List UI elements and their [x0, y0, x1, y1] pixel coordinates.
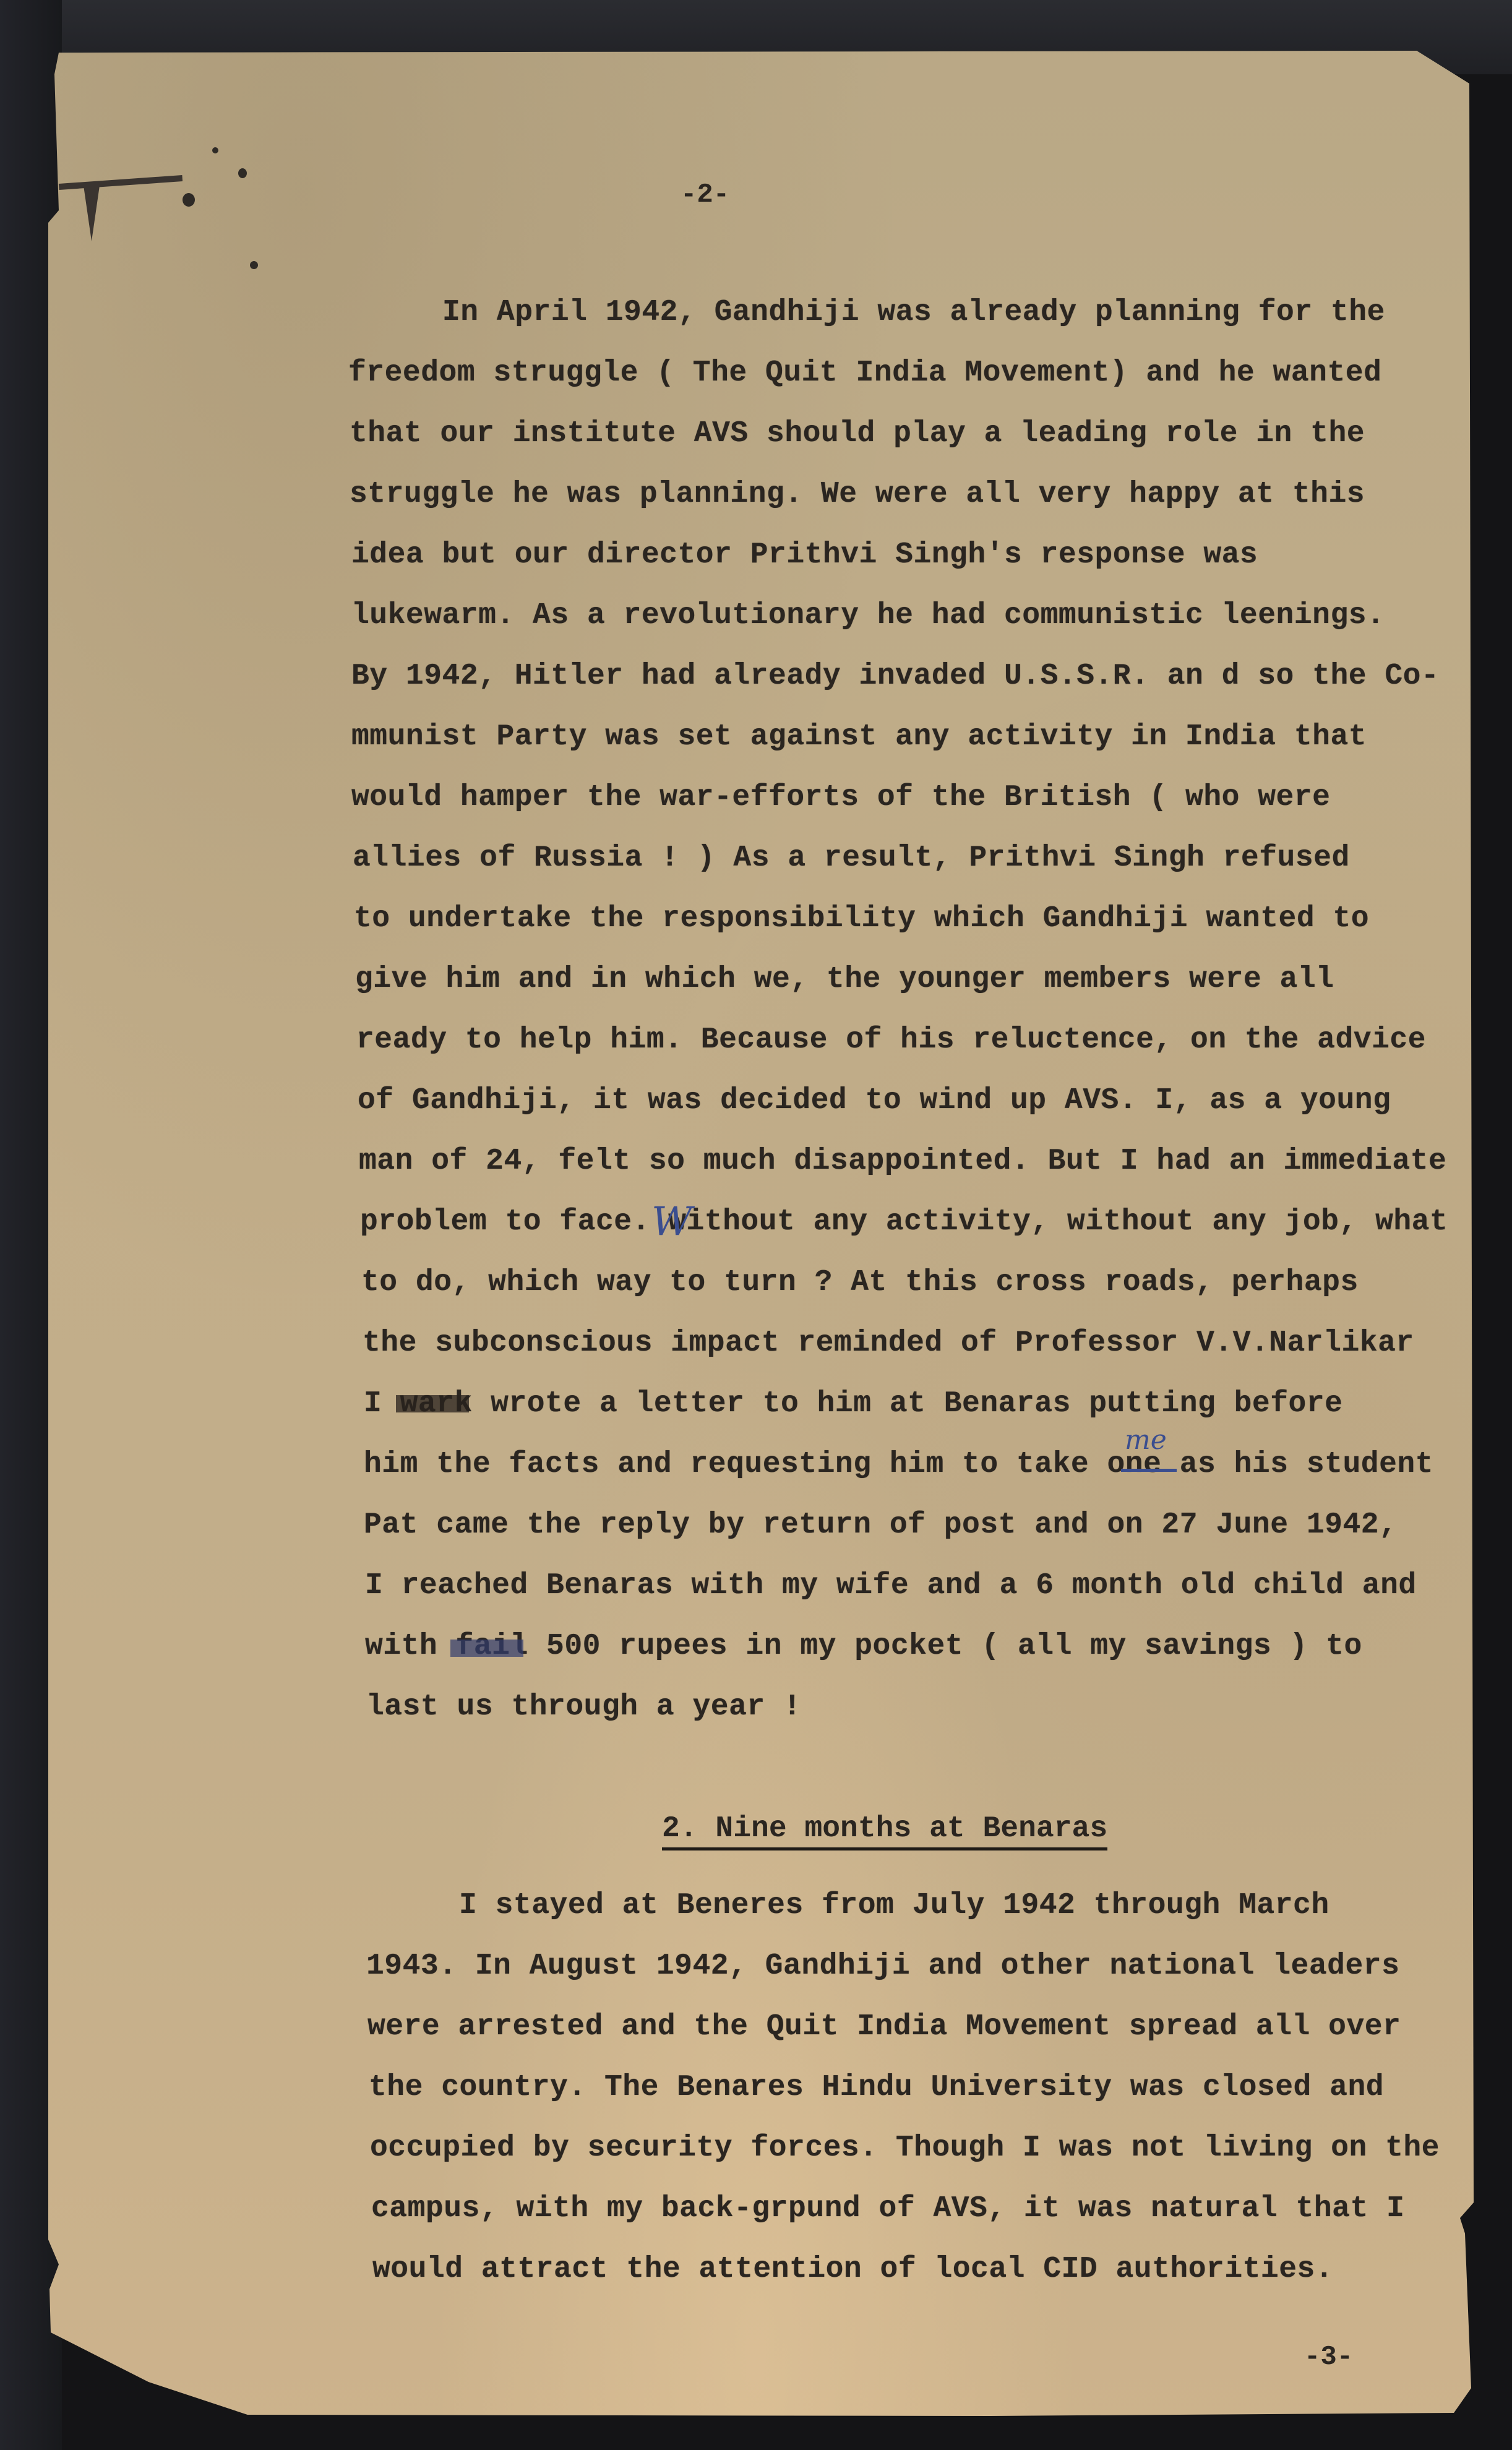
paragraph-line: occupied by security forces. Though I wa… — [370, 2131, 1440, 2165]
section-heading: 2. Nine months at Benaras — [662, 1812, 1107, 1850]
paragraph-line: I wark wrote a letter to him at Benaras … — [364, 1386, 1342, 1421]
punch-hole — [250, 261, 258, 269]
paragraph-line: In April 1942, Gandhiji was already plan… — [442, 295, 1385, 330]
page-number-bottom: -3- — [1304, 2342, 1353, 2373]
paragraph-line: Pat came the reply by return of post and… — [364, 1508, 1397, 1542]
paragraph-line: of Gandhiji, it was decided to wind up A… — [358, 1083, 1391, 1118]
punch-hole — [238, 168, 247, 178]
handwritten-me: me — [1125, 1424, 1167, 1456]
paragraph-line: the subconscious impact reminded of Prof… — [363, 1326, 1414, 1360]
handwritten-capital-w: W — [651, 1199, 692, 1245]
paragraph-line: By 1942, Hitler had already invaded U.S.… — [351, 659, 1439, 694]
paragraph-line: struggle he was planning. We were all ve… — [350, 477, 1365, 512]
paragraph-line: problem to face. without any activity, w… — [360, 1205, 1448, 1239]
paragraph-line: freedom struggle ( The Quit India Moveme… — [348, 356, 1381, 390]
paragraph-line: 1943. In August 1942, Gandhiji and other… — [366, 1949, 1399, 1984]
struck-word-fail — [450, 1640, 523, 1657]
paragraph-line: him the facts and requesting him to take… — [364, 1447, 1433, 1482]
paragraph-line: I reached Benaras with my wife and a 6 m… — [365, 1568, 1417, 1603]
paragraph-line: were arrested and the Quit India Movemen… — [367, 2009, 1401, 2044]
paragraph-line: campus, with my back-grpund of AVS, it w… — [371, 2191, 1404, 2226]
paragraph-line: ready to help him. Because of his reluct… — [356, 1023, 1426, 1057]
paragraph-line: would attract the attention of local CID… — [372, 2252, 1333, 2287]
paragraph-line: would hamper the war-efforts of the Brit… — [351, 780, 1330, 815]
page-number-top: -2- — [681, 179, 729, 210]
paragraph-line: man of 24, felt so much disappointed. Bu… — [359, 1144, 1446, 1179]
paragraph-line: last us through a year ! — [366, 1690, 801, 1724]
paragraph-line: to do, which way to turn ? At this cross… — [361, 1265, 1359, 1300]
punch-hole — [183, 193, 195, 207]
paragraph-line: that our institute AVS should play a lea… — [350, 416, 1365, 451]
paragraph-line: idea but our director Prithvi Singh's re… — [351, 538, 1258, 572]
paragraph-line: lukewarm. As a revolutionary he had comm… — [351, 598, 1385, 633]
paragraph-line: I stayed at Beneres from July 1942 throu… — [459, 1888, 1329, 1923]
paragraph-line: to undertake the responsibility which Ga… — [354, 901, 1369, 936]
struck-word-one — [1121, 1469, 1177, 1472]
paragraph-line: give him and in which we, the younger me… — [355, 962, 1334, 997]
punch-hole — [212, 147, 218, 153]
paragraph-line: allies of Russia ! ) As a result, Prithv… — [353, 841, 1350, 875]
paragraph-line: the country. The Benares Hindu Universit… — [369, 2070, 1384, 2105]
paragraph-line: mmunist Party was set against any activi… — [351, 720, 1367, 754]
struck-word-wark — [396, 1395, 469, 1412]
